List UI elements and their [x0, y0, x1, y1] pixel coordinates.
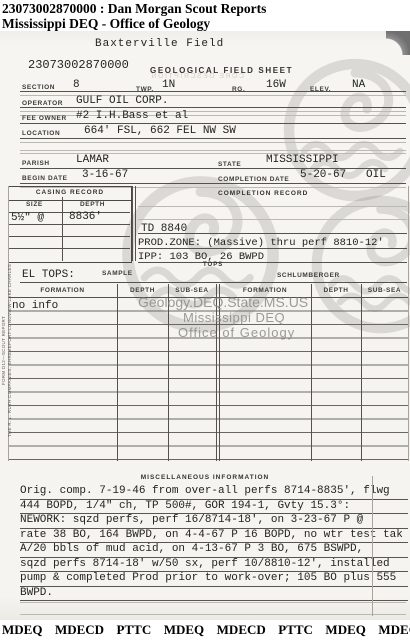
casing-record-title: CASING RECORD [9, 187, 131, 201]
begin-date-value: 3-16-67 [82, 169, 128, 181]
tops-sample-label: SAMPLE [102, 270, 133, 277]
misc-line: Orig. comp. 7-19-46 from over-all perfs … [20, 485, 408, 500]
el-tops-note: EL TOPS: [22, 269, 75, 281]
form-imprint-vertical: FORM D12—SCOUT REPORT THE R. L. RUTH COM… [1, 243, 13, 458]
page-curl-corner [386, 31, 410, 55]
section-value: 8 [73, 79, 80, 91]
rg-value: 16W [266, 79, 286, 91]
casing-size-header: SIZE [26, 201, 43, 208]
footer-stamp-row: MDEQ MDECD PTTC MDEQ MDECD PTTC MDEQ MDE… [2, 622, 410, 638]
parish-value: LAMAR [76, 154, 109, 166]
location-label: LOCATION [22, 130, 60, 137]
casing-depth-header: DEPTH [80, 201, 105, 208]
misc-info-title: MISCELLANEOUS INFORMATION [0, 474, 410, 481]
completion-type-value: OIL [366, 169, 386, 181]
parish-label: PARISH [22, 160, 50, 167]
misc-line: NEWORK: sqzd perfs, perf 16/8714-18', on… [20, 514, 408, 529]
misc-line: rate 38 BO, 164 BWPD, on 4-4-67 P 16 BOP… [20, 529, 408, 544]
tops-col-formation-1: FORMATION [8, 287, 117, 294]
tops-col-depth-2: DEPTH [311, 287, 361, 294]
state-label: STATE [218, 161, 241, 168]
misc-line: pump & completed Prod prior to work-over… [20, 572, 408, 587]
misc-line: BWPD. [20, 587, 408, 602]
misc-line: 444 BOPD, 1/4" ch, TP 500#, GOR 194-1, G… [20, 500, 408, 515]
state-value: MISSISSIPPI [266, 154, 339, 166]
form-imprint-line2: THE R. L. RUTH COMPANIES, SHREVEPORT-LON… [7, 243, 13, 458]
twp-value: 1N [162, 79, 175, 91]
field-name: Baxterville Field [95, 38, 224, 50]
misc-line: sqzd perfs 8714-18' w/50 sx, perf 10/881… [20, 558, 408, 573]
casing-size-value: 5½" @ [11, 212, 44, 224]
section-label: SECTION [22, 84, 55, 91]
elev-value: NA [352, 79, 365, 91]
tops-col-subsea-2: SUB-SEA [361, 287, 408, 294]
casing-depth-value: 8836' [69, 211, 102, 223]
tops-title: TOPS [203, 262, 223, 268]
misc-line: A/20 bbls of mud acid, on 4-13-67 P 3 BO… [20, 543, 408, 558]
fee-owner-value: #2 I.H.Bass et al [76, 110, 188, 122]
tops-col-formation-2: FORMATION [219, 287, 311, 294]
tops-table-rows [8, 298, 408, 461]
completion-date-label: COMPLETION DATE [218, 176, 289, 183]
fee-owner-label: FEE OWNER [22, 115, 67, 122]
begin-date-label: BEGIN DATE [22, 175, 68, 182]
operator-value: GULF OIL CORP. [76, 95, 168, 107]
scout-report-page: 23073002870000 : Dan Morgan Scout Report… [0, 0, 410, 640]
tops-col-subsea-1: SUB-SEA [168, 287, 216, 294]
page-title: 23073002870000 : Dan Morgan Scout Report… [2, 1, 266, 17]
misc-info-text: Orig. comp. 7-19-46 from over-all perfs … [20, 485, 408, 601]
completion-date-value: 5-20-67 [300, 169, 346, 181]
location-value: 664' FSL, 662 FEL NW SW [84, 125, 236, 137]
tops-first-formation-value: no info [12, 300, 58, 312]
operator-label: OPERATOR [22, 100, 63, 107]
tops-col-depth-1: DEPTH [117, 287, 168, 294]
completion-record-title: COMPLETION RECORD [218, 190, 308, 197]
page-subtitle: Mississippi DEQ - Office of Geology [2, 16, 210, 32]
tops-schlumberger-label: SCHLUMBERGER [277, 272, 340, 279]
api-number: 23073002870000 [28, 58, 129, 72]
